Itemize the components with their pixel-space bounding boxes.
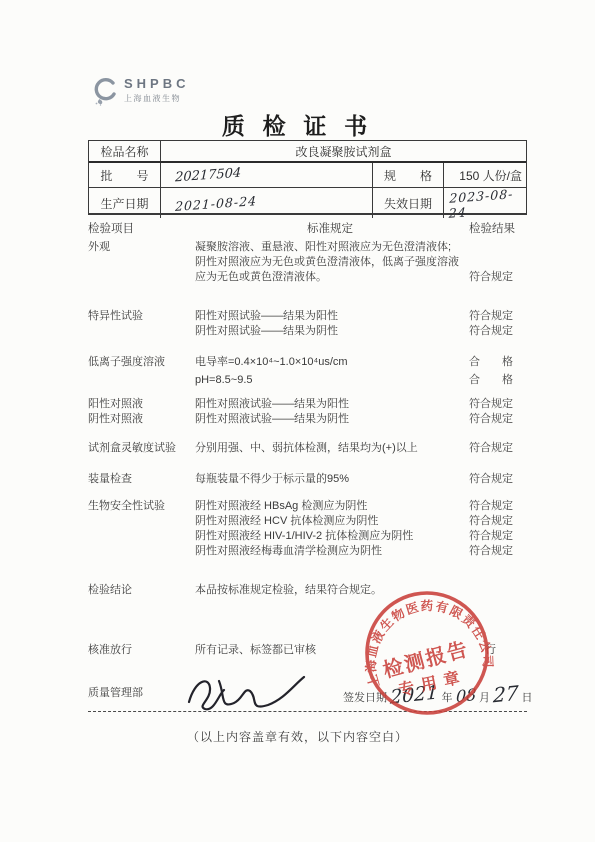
item-label: 生物安全性试验	[88, 499, 195, 514]
spec-label: 规 格	[373, 163, 444, 187]
info-row-name: 检品名称 改良凝聚胺试剂盒	[89, 141, 526, 163]
result-text: 符合规定	[469, 412, 527, 427]
item-cell: 试剂盒灵敏度试验	[88, 441, 195, 456]
issue-day-handwritten: 27	[493, 681, 519, 708]
inspection-row: 检验结论本品按标准规定检验，结果符合规定。	[88, 583, 527, 598]
mfg-date-handwritten: 2021-08-24	[175, 193, 257, 214]
year-char: 年	[441, 692, 452, 704]
logo-text: SHPBC 上海血液生物	[124, 76, 190, 104]
standard-text: 阳性对照试验——结果为阳性	[195, 309, 465, 324]
month-char: 月	[479, 692, 490, 704]
qa-manager-signature	[183, 668, 313, 714]
inspection-row: 低离子强度溶液电导率=0.4×10⁴~1.0×10⁴us/cmpH=8.5~9.…	[88, 353, 527, 389]
item-label: 阴性对照液	[88, 412, 195, 427]
inspection-rows: 外观凝聚胺溶液、重悬液、阳性对照液应为无色澄清液体;阴性对照液应为无色或黄色澄清…	[88, 240, 527, 598]
result-text: 符合规定	[469, 529, 527, 544]
standard-cell: 阳性对照液试验——结果为阳性阴性对照液试验——结果为阴性	[195, 397, 465, 427]
standard-cell: 分别用强、中、弱抗体检测，结果均为(+)以上	[195, 441, 465, 456]
info-row-batch-spec: 批 号 20217504 规 格 150 人份/盒	[89, 163, 526, 188]
batch-label: 批 号	[89, 163, 161, 187]
inspection-row: 外观凝聚胺溶液、重悬液、阳性对照液应为无色澄清液体;阴性对照液应为无色或黄色澄清…	[88, 240, 527, 285]
issue-month-handwritten: 08	[455, 685, 476, 706]
result-text: 合 格	[469, 353, 527, 371]
item-cell: 特异性试验	[88, 309, 195, 339]
standard-cell: 阳性对照试验——结果为阳性阴性对照试验——结果为阴性	[195, 309, 465, 339]
standard-text: 阴性对照液经 HCV 抗体检测应为阴性	[195, 514, 465, 529]
result-cell: 符合规定符合规定符合规定符合规定	[465, 499, 527, 559]
approval-release-row: 核准放行 所有记录、标签都已审核 行	[88, 641, 527, 657]
item-label: 外观	[88, 240, 195, 255]
exp-date-value: 2023-08-24	[444, 188, 527, 218]
item-cell: 生物安全性试验	[88, 499, 195, 559]
result-text: 符合规定	[469, 514, 527, 529]
result-text: 合 格	[469, 371, 527, 389]
item-label: 试剂盒灵敏度试验	[88, 441, 195, 456]
inspection-row: 试剂盒灵敏度试验分别用强、中、弱抗体检测，结果均为(+)以上符合规定	[88, 441, 527, 456]
exp-date-label: 失效日期	[373, 188, 444, 218]
item-label: 低离子强度溶液	[88, 353, 195, 371]
item-cell: 阳性对照液阴性对照液	[88, 397, 195, 427]
certificate-page: SHPBC 上海血液生物 质 检 证 书 检品名称 改良凝聚胺试剂盒 批 号 2…	[0, 0, 595, 842]
item-label: 阳性对照液	[88, 397, 195, 412]
mfg-date-value: 2021-08-24	[161, 188, 373, 218]
result-text: 符合规定	[469, 499, 527, 514]
inspection-row: 生物安全性试验阴性对照液经 HBsAg 检测应为阴性阴性对照液经 HCV 抗体检…	[88, 499, 527, 559]
item-cell: 低离子强度溶液	[88, 353, 195, 389]
batch-value: 20217504	[161, 163, 373, 187]
info-row-dates: 生产日期 2021-08-24 失效日期 2023-08-24	[89, 188, 526, 213]
result-cell: 符合规定	[465, 441, 527, 456]
product-info-table: 检品名称 改良凝聚胺试剂盒 批 号 20217504 规 格 150 人份/盒 …	[88, 140, 527, 215]
approval-release-tail: 行	[485, 641, 496, 657]
approval-release-label: 核准放行	[88, 641, 195, 657]
result-text: 符合规定	[469, 309, 527, 324]
result-text: 符合规定	[469, 441, 527, 456]
company-logo: SHPBC 上海血液生物	[92, 76, 190, 106]
day-char: 日	[522, 692, 533, 704]
qa-department-label: 质量管理部	[88, 687, 143, 699]
result-cell: 合 格合 格	[465, 353, 527, 389]
result-text: 符合规定	[469, 270, 527, 285]
qa-department-row: 质量管理部 签发日期 2021 年 08 月 27 日	[88, 684, 548, 700]
result-cell: 符合规定	[465, 240, 527, 285]
result-text: 符合规定	[469, 397, 527, 412]
result-text: 符合规定	[469, 472, 527, 487]
spec-value: 150 人份/盒	[444, 163, 527, 187]
logo-company-name: 上海血液生物	[124, 93, 190, 104]
issue-year-handwritten: 2021	[390, 681, 439, 708]
item-label: 检验结论	[88, 583, 195, 598]
standard-text: 阴性对照液经 HBsAg 检测应为阴性	[195, 499, 465, 514]
standard-text: 阴性对照液经 HIV-1/HIV-2 抗体检测应为阴性	[195, 529, 465, 544]
inspection-row: 装量检查每瓶装量不得少于标示量的95%符合规定	[88, 472, 527, 487]
item-label: 特异性试验	[88, 309, 195, 324]
approval-release-text: 所有记录、标签都已审核	[195, 641, 527, 657]
swirl-logo-icon	[92, 78, 118, 106]
standard-cell: 每瓶装量不得少于标示量的95%	[195, 472, 465, 487]
result-cell: 符合规定符合规定	[465, 397, 527, 427]
batch-handwritten: 20217504	[175, 165, 242, 185]
product-name-label: 检品名称	[89, 141, 161, 161]
inspection-table-header: 检验项目 标准规定 检验结果	[88, 220, 527, 236]
standard-cell: 电导率=0.4×10⁴~1.0×10⁴us/cmpH=8.5~9.5	[195, 353, 465, 389]
result-cell	[465, 583, 527, 598]
result-text: 符合规定	[469, 544, 527, 559]
standard-text: 本品按标准规定检验，结果符合规定。	[195, 583, 465, 598]
standard-cell: 本品按标准规定检验，结果符合规定。	[195, 583, 465, 598]
item-cell: 检验结论	[88, 583, 195, 598]
mfg-date-label: 生产日期	[89, 188, 161, 218]
standard-cell: 阴性对照液经 HBsAg 检测应为阴性阴性对照液经 HCV 抗体检测应为阴性阴性…	[195, 499, 465, 559]
standard-text: 阴性对照液应为无色或黄色澄清液体，低离子强度溶液	[195, 255, 465, 270]
page-title: 质 检 证 书	[0, 108, 595, 141]
standard-text: 分别用强、中、弱抗体检测，结果均为(+)以上	[195, 441, 465, 456]
blank-below-note: （以上内容盖章有效，以下内容空白）	[0, 728, 595, 745]
logo-abbreviation: SHPBC	[124, 76, 190, 91]
standard-cell: 凝聚胺溶液、重悬液、阳性对照液应为无色澄清液体;阴性对照液应为无色或黄色澄清液体…	[195, 240, 465, 285]
item-cell: 外观	[88, 240, 195, 285]
dashed-divider	[88, 711, 527, 712]
standard-text: 凝聚胺溶液、重悬液、阳性对照液应为无色澄清液体;	[195, 240, 465, 255]
standard-text: 应为无色或黄色澄清液体。	[195, 270, 465, 285]
standard-text: pH=8.5~9.5	[195, 371, 465, 389]
column-header-result: 检验结果	[465, 220, 527, 236]
exp-date-handwritten: 2023-08-24	[449, 185, 528, 221]
column-header-standard: 标准规定	[195, 220, 465, 236]
standard-text: 每瓶装量不得少于标示量的95%	[195, 472, 465, 487]
standard-text: 阴性对照液经梅毒血清学检测应为阴性	[195, 544, 465, 559]
standard-text: 阴性对照试验——结果为阴性	[195, 324, 465, 339]
standard-text: 阴性对照液试验——结果为阴性	[195, 412, 465, 427]
inspection-row: 阳性对照液阴性对照液阳性对照液试验——结果为阳性阴性对照液试验——结果为阴性符合…	[88, 397, 527, 427]
result-cell: 符合规定	[465, 472, 527, 487]
issue-date-label: 签发日期	[343, 692, 387, 704]
result-text: 符合规定	[469, 324, 527, 339]
issue-date-line: 签发日期 2021 年 08 月 27 日	[343, 682, 533, 706]
product-name-value: 改良凝聚胺试剂盒	[161, 141, 526, 161]
standard-text: 电导率=0.4×10⁴~1.0×10⁴us/cm	[195, 353, 465, 371]
standard-text: 阳性对照液试验——结果为阳性	[195, 397, 465, 412]
inspection-row: 特异性试验阳性对照试验——结果为阳性阴性对照试验——结果为阴性符合规定符合规定	[88, 309, 527, 339]
result-cell: 符合规定符合规定	[465, 309, 527, 339]
item-label: 装量检查	[88, 472, 195, 487]
column-header-item: 检验项目	[88, 220, 195, 236]
item-cell: 装量检查	[88, 472, 195, 487]
